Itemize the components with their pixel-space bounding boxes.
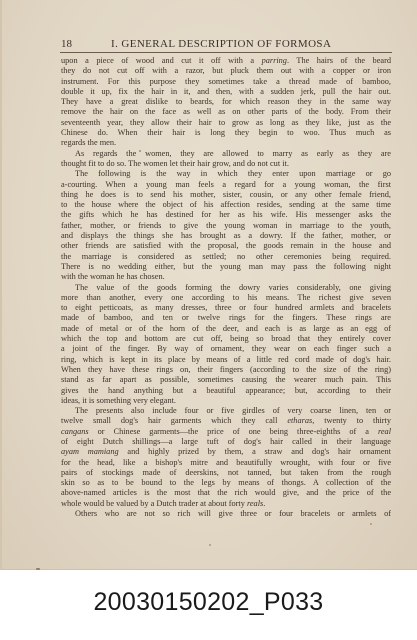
text-line: made of metal or of the horn of the deer… bbox=[61, 324, 391, 334]
text-line: ayam mamiang and highly prized by them, … bbox=[61, 447, 391, 457]
text-line: instrument. For this purpose they someti… bbox=[61, 77, 391, 87]
paper-speck bbox=[139, 150, 141, 152]
text-line: twelve small dog's hair garments which t… bbox=[61, 416, 391, 426]
text-line: the marriage is considered as settled; n… bbox=[61, 252, 391, 262]
text-line: upon a piece of wood and cut it off with… bbox=[61, 56, 391, 66]
text-line: There is no wedding either, but the youn… bbox=[61, 262, 391, 272]
text-line: When they have these rings on, their fin… bbox=[61, 365, 391, 375]
text-line: skin so as to be bound to the legs by me… bbox=[61, 478, 391, 488]
text-line: other friends are satisfied with the pro… bbox=[61, 241, 391, 251]
text-line: ring, which is kept in its place by mean… bbox=[61, 355, 391, 365]
text-line: As regards the women, they are allowed t… bbox=[61, 149, 391, 159]
text-line: a-courting. When a young man feels a reg… bbox=[61, 180, 391, 190]
text-line: a joint of the finger. By way of ornamen… bbox=[61, 344, 391, 354]
page-header: 18 I. GENERAL DESCRIPTION OF FORMOSA bbox=[60, 36, 392, 53]
scanned-page: 18 I. GENERAL DESCRIPTION OF FORMOSA upo… bbox=[0, 0, 417, 570]
text-line: the gifts which he has destined for her … bbox=[61, 210, 391, 220]
text-line: The value of the goods forming the dowry… bbox=[61, 283, 391, 293]
page-number: 18 bbox=[61, 38, 72, 50]
text-line: They have a great dislike to beards, for… bbox=[61, 97, 391, 107]
text-line: they do not cut off with a razor, but pl… bbox=[61, 66, 391, 76]
text-line: remove the hair on the face as well as o… bbox=[61, 107, 391, 117]
text-line: to eight petticoats, as many dresses, th… bbox=[61, 303, 391, 313]
text-line: Others who are not so rich will give thr… bbox=[61, 509, 391, 519]
text-line: cangans or Chinese garments—the price of… bbox=[61, 427, 391, 437]
text-line: stand as far apart as possible, sometime… bbox=[61, 375, 391, 385]
text-line: which the top and bottom are cut off, be… bbox=[61, 334, 391, 344]
text-line: gives the hand anything but a beautiful … bbox=[61, 386, 391, 396]
text-line: with the woman he has chosen. bbox=[61, 272, 391, 282]
paper-speck bbox=[209, 544, 211, 546]
text-line: pairs of stockings made of deerskins, no… bbox=[61, 468, 391, 478]
text-line: for the head, like a bishop's mitre and … bbox=[61, 458, 391, 468]
text-line: above-named articles is the most that th… bbox=[61, 488, 391, 498]
text-line: father, mother, or friends to give the y… bbox=[61, 221, 391, 231]
text-line: whole would be valued by a Dutch trader … bbox=[61, 499, 391, 509]
text-line: regards the men. bbox=[61, 138, 391, 148]
paper-speck bbox=[36, 568, 40, 570]
text-line: thing he does is to send his mother, sis… bbox=[61, 190, 391, 200]
text-line: double it up, fix the hair in it, and th… bbox=[61, 87, 391, 97]
paper-speck bbox=[370, 523, 372, 525]
running-head: I. GENERAL DESCRIPTION OF FORMOSA bbox=[111, 38, 331, 50]
text-line: made of bamboo, and ten or twelve rings … bbox=[61, 313, 391, 323]
image-caption-label: 20030150202_P033 bbox=[0, 588, 417, 617]
text-line: The following is the way in which they e… bbox=[61, 169, 391, 179]
text-line: Chinese do. When their hair is long they… bbox=[61, 128, 391, 138]
text-line: to the house where the object of his aff… bbox=[61, 200, 391, 210]
text-line: thought fit to do so. The women let thei… bbox=[61, 159, 391, 169]
text-line: The presents also include four or five g… bbox=[61, 406, 391, 416]
text-line: ideas, it is something very elegant. bbox=[61, 396, 391, 406]
body-text: upon a piece of wood and cut it off with… bbox=[61, 56, 391, 519]
text-line: more than another, every one according t… bbox=[61, 293, 391, 303]
text-line: and displays the things she has brought … bbox=[61, 231, 391, 241]
text-line: of eight Dutch shillings—a large tuft of… bbox=[61, 437, 391, 447]
text-line: seventeenth year, they allow their hair … bbox=[61, 118, 391, 128]
